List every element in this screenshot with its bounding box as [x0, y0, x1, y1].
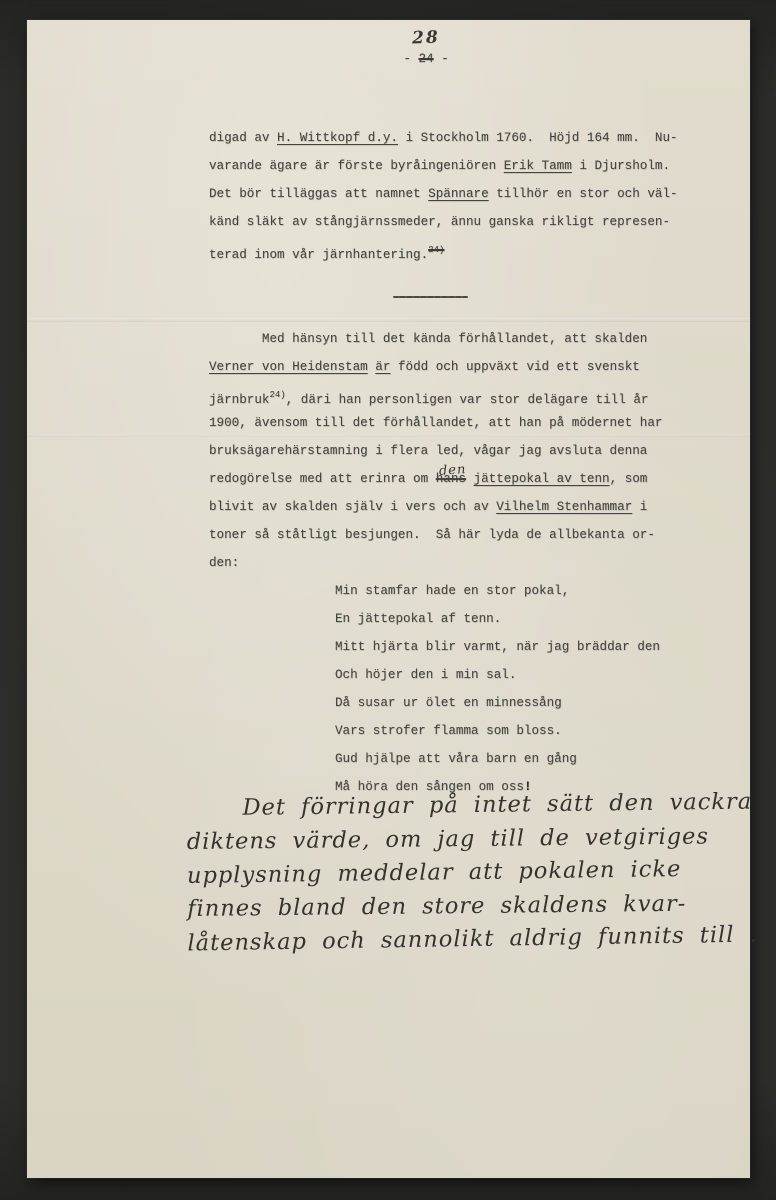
handwritten-note: Det förringar på intet sätt den vackradi…	[186, 787, 759, 958]
poem-line: Mitt hjärta blir varmt, när jag bräddar …	[335, 633, 660, 661]
paragraph-provenance: digad av H. Wittkopf d.y. i Stockholm 17…	[209, 124, 678, 264]
poem-line: Gud hjälpe att våra barn en gång	[335, 745, 660, 773]
page-number: 28 - 24 -	[381, 28, 471, 78]
typed-line: 1900, ävensom till det förhållandet, att…	[209, 409, 662, 437]
paragraph-heidenstam: Med hänsyn till det kända förhållandet, …	[209, 325, 662, 577]
typed-line: terad inom vår järnhantering.24)	[209, 236, 678, 264]
poem-line: Då susar ur ölet en minnessång	[335, 689, 660, 717]
section-divider	[393, 296, 468, 298]
typed-line: järnbruk24), däri han personligen var st…	[209, 381, 662, 409]
poem-line: En jättepokal af tenn.	[335, 605, 660, 633]
poem-line: Vars strofer flamma som bloss.	[335, 717, 660, 745]
typed-line: känd släkt av stångjärnssmeder, ännu gan…	[209, 208, 678, 236]
typed-line: Verner von Heidenstam är född och uppväx…	[209, 353, 662, 381]
page-number-typed: - 24 -	[381, 50, 471, 78]
typed-line: bruksägarehärstamning i flera led, vågar…	[209, 437, 662, 465]
document-page: 28 - 24 - digad av H. Wittkopf d.y. i St…	[27, 20, 750, 1178]
paper-crease	[27, 318, 750, 322]
typed-line: toner så ståtligt besjungen. Så här lyda…	[209, 521, 662, 549]
typed-line: Det bör tilläggas att namnet Spännare ti…	[209, 180, 678, 208]
page-number-typed-text: - 24 -	[381, 50, 471, 78]
scan-background: 28 - 24 - digad av H. Wittkopf d.y. i St…	[0, 0, 776, 1200]
typed-line: redogörelse med att erinra om hansden jä…	[209, 465, 662, 493]
poem-line: Min stamfar hade en stor pokal,	[335, 577, 660, 605]
page-number-handwritten: 28	[381, 26, 472, 51]
typed-line: varande ägare är förste byråingeniören E…	[209, 152, 678, 180]
typed-line: Med hänsyn till det kända förhållandet, …	[209, 325, 662, 353]
handwritten-correction: den	[438, 456, 467, 486]
typed-line: blivit av skalden själv i vers och av Vi…	[209, 493, 662, 521]
poem-stanza: Min stamfar hade en stor pokal,En jättep…	[335, 577, 660, 801]
typed-line: den:	[209, 549, 662, 577]
poem-line: Och höjer den i min sal.	[335, 661, 660, 689]
typed-line: digad av H. Wittkopf d.y. i Stockholm 17…	[209, 124, 678, 152]
